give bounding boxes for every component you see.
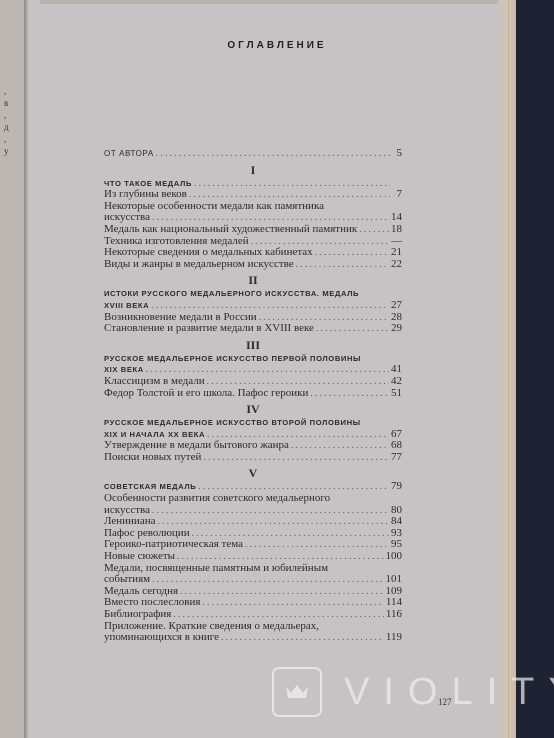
chapter-heading-title: ИСТОКИ РУССКОГО МЕДАЛЬЕРНОГО ИСКУССТВА. … — [104, 288, 402, 300]
adjacent-page-fragment: , — [4, 86, 6, 96]
toc-entry-page: 100 — [386, 551, 403, 563]
chapter-numeral: I — [104, 162, 402, 178]
table-of-contents: ОТ АВТОРА ..............................… — [104, 148, 402, 644]
toc-entry-page: 5 — [392, 148, 402, 160]
adjacent-page-fragment: , — [4, 110, 6, 120]
page-edge — [498, 0, 516, 738]
chapter-numeral: III — [104, 337, 402, 353]
leader-dots: ........................................… — [296, 259, 389, 271]
toc-entry: Становление и развитие медали в XVIII ве… — [104, 323, 402, 335]
leader-dots: ........................................… — [245, 539, 389, 551]
leader-dots: ........................................… — [207, 376, 389, 388]
toc-entry-title: Некоторые сведения о медальных кабинетах — [104, 247, 313, 259]
toc-entry-page: 7 — [392, 189, 402, 201]
toc-entry-title: Библиография — [104, 609, 171, 621]
page-edge-line — [508, 0, 509, 738]
leader-dots: ........................................… — [177, 551, 383, 563]
toc-entry-page: 27 — [391, 300, 402, 312]
leader-dots: ........................................… — [152, 574, 383, 586]
leader-dots: ........................................… — [152, 505, 389, 517]
toc-entry-title: Медаль как национальный художественный п… — [104, 224, 357, 236]
page-number: 127 — [438, 697, 452, 707]
toc-entry: Поиски новых путей......................… — [104, 452, 402, 464]
leader-dots: ........................................… — [316, 323, 389, 335]
chapter-heading-title: РУССКОЕ МЕДАЛЬЕРНОЕ ИСКУССТВО ВТОРОЙ ПОЛ… — [104, 417, 402, 429]
toc-entry: Медаль как национальный художественный п… — [104, 224, 402, 236]
toc-entry-page: 119 — [386, 632, 402, 644]
leader-dots: ........................................… — [202, 597, 383, 609]
chapter-heading-title: РУССКОЕ МЕДАЛЬЕРНОЕ ИСКУССТВО ПЕРВОЙ ПОЛ… — [104, 353, 402, 365]
page-top-edge — [40, 0, 500, 4]
leader-dots: ........................................… — [291, 440, 389, 452]
toc-entry-page: 42 — [391, 376, 402, 388]
toc-entry-title: Новые сюжеты — [104, 551, 175, 563]
watermark-text: VIOLITY — [344, 671, 554, 714]
background-surface — [516, 0, 554, 738]
toc-entry-title-cont: упоминающихся в книге — [104, 632, 219, 644]
leader-dots: ........................................… — [194, 178, 390, 190]
toc-entry: упоминающихся в книге...................… — [104, 632, 402, 644]
toc-entry: Федор Толстой и его школа. Пафос героики… — [104, 388, 402, 400]
toc-entry-page: 77 — [391, 452, 402, 464]
leader-dots: ........................................… — [359, 224, 389, 236]
crown-icon — [272, 667, 322, 717]
leader-dots: ........................................… — [310, 388, 389, 400]
watermark: VIOLITY — [272, 667, 554, 717]
toc-entry-title: Виды и жанры в медальерном искусстве — [104, 259, 294, 271]
toc-entry-title: Федор Толстой и его школа. Пафос героики — [104, 388, 308, 400]
leader-dots: ........................................… — [156, 148, 390, 160]
leader-dots: ........................................… — [180, 586, 383, 598]
toc-entry-title: Особенности развития советского медальер… — [104, 493, 402, 505]
leader-dots: ........................................… — [221, 632, 384, 644]
adjacent-page-fragment: д — [4, 122, 9, 132]
toc-entry: Некоторые сведения о медальных кабинетах… — [104, 247, 402, 259]
adjacent-page-fragment: в — [4, 98, 8, 108]
toc-entry-preface: ОТ АВТОРА ..............................… — [104, 148, 402, 160]
toc-entry-title: Становление и развитие медали в XVIII ве… — [104, 323, 314, 335]
toc-entry-page: 18 — [391, 224, 402, 236]
toc-entry-page: 116 — [386, 609, 402, 621]
leader-dots: ........................................… — [203, 452, 389, 464]
toc-entry: Виды и жанры в медальерном искусстве....… — [104, 259, 402, 271]
toc-entry: Классицизм в медали.....................… — [104, 376, 402, 388]
toc-entry: Библиография............................… — [104, 609, 402, 621]
adjacent-page-fragment: , — [4, 134, 6, 144]
adjacent-page: , в , д , у — [0, 0, 26, 738]
leader-dots: ........................................… — [173, 609, 384, 621]
toc-entry-page: 79 — [391, 481, 402, 493]
chapter-heading-title-cont: XVIII ВЕКА — [104, 300, 149, 312]
chapter-numeral: II — [104, 272, 402, 288]
toc-entry-page: 29 — [391, 323, 402, 335]
toc-entry-page: 21 — [391, 247, 402, 259]
toc-entry-page: 22 — [391, 259, 402, 271]
chapter-heading: XVIII ВЕКА..............................… — [104, 300, 402, 312]
toc-entry-page: 51 — [391, 388, 402, 400]
leader-dots: ........................................… — [315, 247, 389, 259]
leader-dots: ........................................… — [157, 516, 389, 528]
chapter-numeral: IV — [104, 401, 402, 417]
adjacent-page-fragment: у — [4, 146, 9, 156]
toc-entry: Новые сюжеты............................… — [104, 551, 402, 563]
toc-entry-title: ОТ АВТОРА — [104, 148, 154, 160]
toc-entry-title: Классицизм в медали — [104, 376, 205, 388]
chapter-numeral: V — [104, 465, 402, 481]
page-title: ОГЛАВЛЕНИЕ — [0, 40, 554, 51]
toc-entry-title: Поиски новых путей — [104, 452, 201, 464]
leader-dots: ........................................… — [151, 300, 389, 312]
